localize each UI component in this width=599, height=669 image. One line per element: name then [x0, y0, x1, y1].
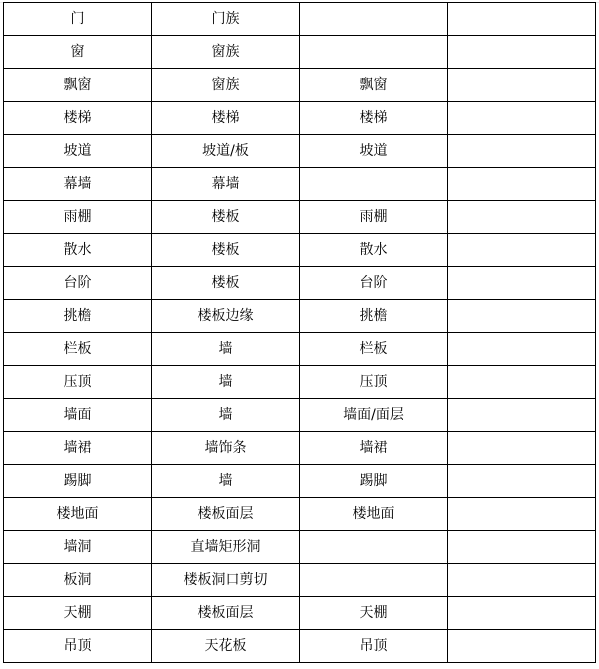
cell-name: 挑檐 [4, 300, 152, 333]
cell-note [448, 630, 596, 663]
table-row: 楼梯楼梯楼梯 [4, 102, 596, 135]
cell-family: 楼板 [152, 201, 300, 234]
table-row: 吊顶天花板吊顶 [4, 630, 596, 663]
cell-name: 雨棚 [4, 201, 152, 234]
table-row: 栏板墙栏板 [4, 333, 596, 366]
cell-note [448, 399, 596, 432]
cell-family: 楼板 [152, 234, 300, 267]
cell-note [448, 498, 596, 531]
cell-family: 楼板洞口剪切 [152, 564, 300, 597]
table-row: 台阶楼板台阶 [4, 267, 596, 300]
table-row: 楼地面楼板面层楼地面 [4, 498, 596, 531]
cell-family: 楼板边缘 [152, 300, 300, 333]
cell-name: 墙面 [4, 399, 152, 432]
table-row: 踢脚墙踢脚 [4, 465, 596, 498]
cell-note [448, 465, 596, 498]
table-row: 挑檐楼板边缘挑檐 [4, 300, 596, 333]
cell-name: 栏板 [4, 333, 152, 366]
cell-type: 散水 [300, 234, 448, 267]
cell-type: 坡道 [300, 135, 448, 168]
cell-family: 窗族 [152, 36, 300, 69]
table-row: 散水楼板散水 [4, 234, 596, 267]
cell-note [448, 432, 596, 465]
cell-note [448, 102, 596, 135]
cell-family: 楼板面层 [152, 597, 300, 630]
cell-type: 踢脚 [300, 465, 448, 498]
cell-family: 楼板面层 [152, 498, 300, 531]
cell-name: 台阶 [4, 267, 152, 300]
cell-note [448, 201, 596, 234]
table-row: 雨棚楼板雨棚 [4, 201, 596, 234]
cell-note [448, 366, 596, 399]
cell-type: 墙面/面层 [300, 399, 448, 432]
cell-note [448, 333, 596, 366]
cell-type: 飘窗 [300, 69, 448, 102]
cell-family: 墙饰条 [152, 432, 300, 465]
cell-family: 直墙矩形洞 [152, 531, 300, 564]
cell-family: 坡道/板 [152, 135, 300, 168]
cell-name: 幕墙 [4, 168, 152, 201]
cell-name: 墙裙 [4, 432, 152, 465]
table-row: 天棚楼板面层天棚 [4, 597, 596, 630]
cell-type [300, 3, 448, 36]
cell-name: 飘窗 [4, 69, 152, 102]
cell-name: 吊顶 [4, 630, 152, 663]
table-row: 窗窗族 [4, 36, 596, 69]
cell-family: 楼板 [152, 267, 300, 300]
cell-name: 墙洞 [4, 531, 152, 564]
cell-name: 板洞 [4, 564, 152, 597]
cell-type: 台阶 [300, 267, 448, 300]
cell-family: 幕墙 [152, 168, 300, 201]
cell-note [448, 3, 596, 36]
cell-name: 楼梯 [4, 102, 152, 135]
cell-name: 门 [4, 3, 152, 36]
cell-family: 墙 [152, 366, 300, 399]
cell-name: 踢脚 [4, 465, 152, 498]
cell-note [448, 267, 596, 300]
cell-type: 墙裙 [300, 432, 448, 465]
cell-note [448, 597, 596, 630]
table-row: 板洞楼板洞口剪切 [4, 564, 596, 597]
table-body: 门门族 窗窗族 飘窗窗族飘窗 楼梯楼梯楼梯 坡道坡道/板坡道 幕墙幕墙 雨棚楼板… [4, 3, 596, 663]
cell-type: 雨棚 [300, 201, 448, 234]
cell-family: 天花板 [152, 630, 300, 663]
cell-family: 窗族 [152, 69, 300, 102]
cell-note [448, 36, 596, 69]
cell-name: 散水 [4, 234, 152, 267]
cell-type [300, 36, 448, 69]
cell-note [448, 69, 596, 102]
cell-family: 墙 [152, 399, 300, 432]
table-row: 幕墙幕墙 [4, 168, 596, 201]
cell-family: 墙 [152, 465, 300, 498]
cell-name: 楼地面 [4, 498, 152, 531]
cell-type: 吊顶 [300, 630, 448, 663]
table-row: 墙洞直墙矩形洞 [4, 531, 596, 564]
table-row: 压顶墙压顶 [4, 366, 596, 399]
table-row: 墙裙墙饰条墙裙 [4, 432, 596, 465]
table-row: 门门族 [4, 3, 596, 36]
table-row: 坡道坡道/板坡道 [4, 135, 596, 168]
cell-name: 窗 [4, 36, 152, 69]
cell-note [448, 168, 596, 201]
cell-note [448, 135, 596, 168]
cell-name: 坡道 [4, 135, 152, 168]
cell-type: 挑檐 [300, 300, 448, 333]
cell-type: 栏板 [300, 333, 448, 366]
cell-type [300, 564, 448, 597]
table-row: 飘窗窗族飘窗 [4, 69, 596, 102]
component-mapping-table: 门门族 窗窗族 飘窗窗族飘窗 楼梯楼梯楼梯 坡道坡道/板坡道 幕墙幕墙 雨棚楼板… [3, 2, 596, 663]
table-row: 墙面墙墙面/面层 [4, 399, 596, 432]
cell-type: 压顶 [300, 366, 448, 399]
cell-family: 墙 [152, 333, 300, 366]
cell-type: 楼梯 [300, 102, 448, 135]
cell-note [448, 564, 596, 597]
cell-type [300, 531, 448, 564]
cell-name: 天棚 [4, 597, 152, 630]
cell-family: 门族 [152, 3, 300, 36]
cell-type: 天棚 [300, 597, 448, 630]
cell-note [448, 300, 596, 333]
cell-name: 压顶 [4, 366, 152, 399]
cell-type: 楼地面 [300, 498, 448, 531]
cell-note [448, 234, 596, 267]
cell-type [300, 168, 448, 201]
cell-family: 楼梯 [152, 102, 300, 135]
cell-note [448, 531, 596, 564]
